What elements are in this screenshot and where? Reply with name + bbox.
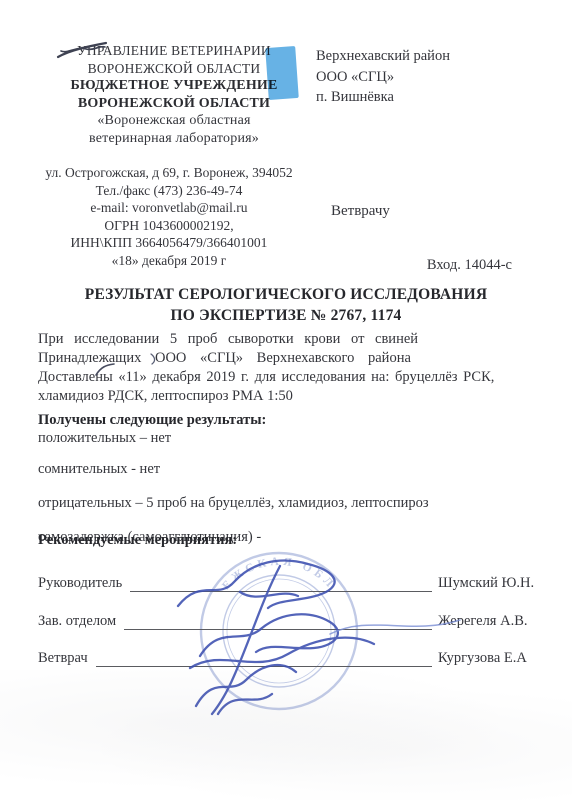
signature-role: Ветврач	[38, 650, 96, 667]
signature-name: Жерегеля А.В.	[432, 613, 556, 630]
signature-role: Зав. отделом	[38, 613, 124, 630]
paragraph-line: Доставлены «11» декабря 2019 г. для иссл…	[38, 368, 548, 387]
blue-highlight-mark	[265, 46, 299, 100]
results-section: Получены следующие результаты: положител…	[38, 412, 548, 550]
signature-row-department-head: Зав. отделом Жерегеля А.В.	[38, 612, 556, 630]
org-line-quoted: ветеринарная лаборатория»	[36, 130, 312, 148]
org-line-quoted: «Воронежская областная	[36, 112, 312, 130]
title-line-1: РЕЗУЛЬТАТ СЕРОЛОГИЧЕСКОГО ИССЛЕДОВАНИЯ	[0, 284, 572, 305]
body-paragraph: При исследовании 5 проб сыворотки крови …	[38, 330, 548, 406]
result-doubtful: сомнительных - нет	[38, 456, 548, 482]
incoming-number: Вход. 14044-с	[0, 257, 512, 274]
recommended-heading: Рекомендуемые мероприятия:	[38, 532, 237, 549]
address-street: ул. Острогожская, д 69, г. Воронеж, 3940…	[24, 164, 314, 182]
paragraph-line: хламидиоз РДСК, лептоспироз РМА 1:50	[38, 387, 548, 406]
address-inn-kpp: ИНН\КПП 3664056479/366401001	[24, 234, 314, 252]
recipient-company: ООО «СГЦ»	[316, 67, 450, 88]
address-block: ул. Острогожская, д 69, г. Воронеж, 3940…	[24, 164, 314, 269]
result-positive: положительных – нет	[38, 429, 548, 448]
recipient-block: Верхнехавский район ООО «СГЦ» п. Вишнёвк…	[316, 46, 450, 108]
address-phone: Тел./факс (473) 236-49-74	[24, 182, 314, 200]
round-stamp: ЕЖСКАЯ ОБЛ	[196, 548, 362, 714]
signature-line	[96, 649, 432, 667]
result-negative: отрицательных – 5 проб на бруцеллёз, хла…	[38, 490, 548, 516]
recipient-settlement: п. Вишнёвка	[316, 87, 450, 108]
signature-row-director: Руководитель Шумский Ю.Н.	[38, 574, 556, 592]
signature-line	[130, 574, 432, 592]
results-heading: Получены следующие результаты:	[38, 412, 548, 429]
scanned-document-page: УПРАВЛЕНИЕ ВЕТЕРИНАРИИ ВОРОНЕЖСКОЙ ОБЛАС…	[0, 0, 572, 800]
recipient-district: Верхнехавский район	[316, 46, 450, 67]
signature-line	[124, 612, 432, 630]
paragraph-line: Принадлежащих ООО «СГЦ» Верхнехавского р…	[38, 349, 548, 368]
addressee-label: Ветврачу	[331, 203, 390, 220]
title-line-2: ПО ЭКСПЕРТИЗЕ № 2767, 1174	[0, 305, 572, 326]
address-email: e-mail: voronvetlab@mail.ru	[24, 199, 314, 217]
paragraph-line: При исследовании 5 проб сыворотки крови …	[38, 330, 548, 349]
signature-role: Руководитель	[38, 575, 130, 592]
address-ogrn: ОГРН 1043600002192,	[24, 217, 314, 235]
document-title: РЕЗУЛЬТАТ СЕРОЛОГИЧЕСКОГО ИССЛЕДОВАНИЯ П…	[0, 284, 572, 326]
signature-name: Шумский Ю.Н.	[432, 575, 556, 592]
signature-name: Кургузова Е.А	[432, 650, 556, 667]
signature-row-veterinarian: Ветврач Кургузова Е.А	[38, 649, 556, 667]
